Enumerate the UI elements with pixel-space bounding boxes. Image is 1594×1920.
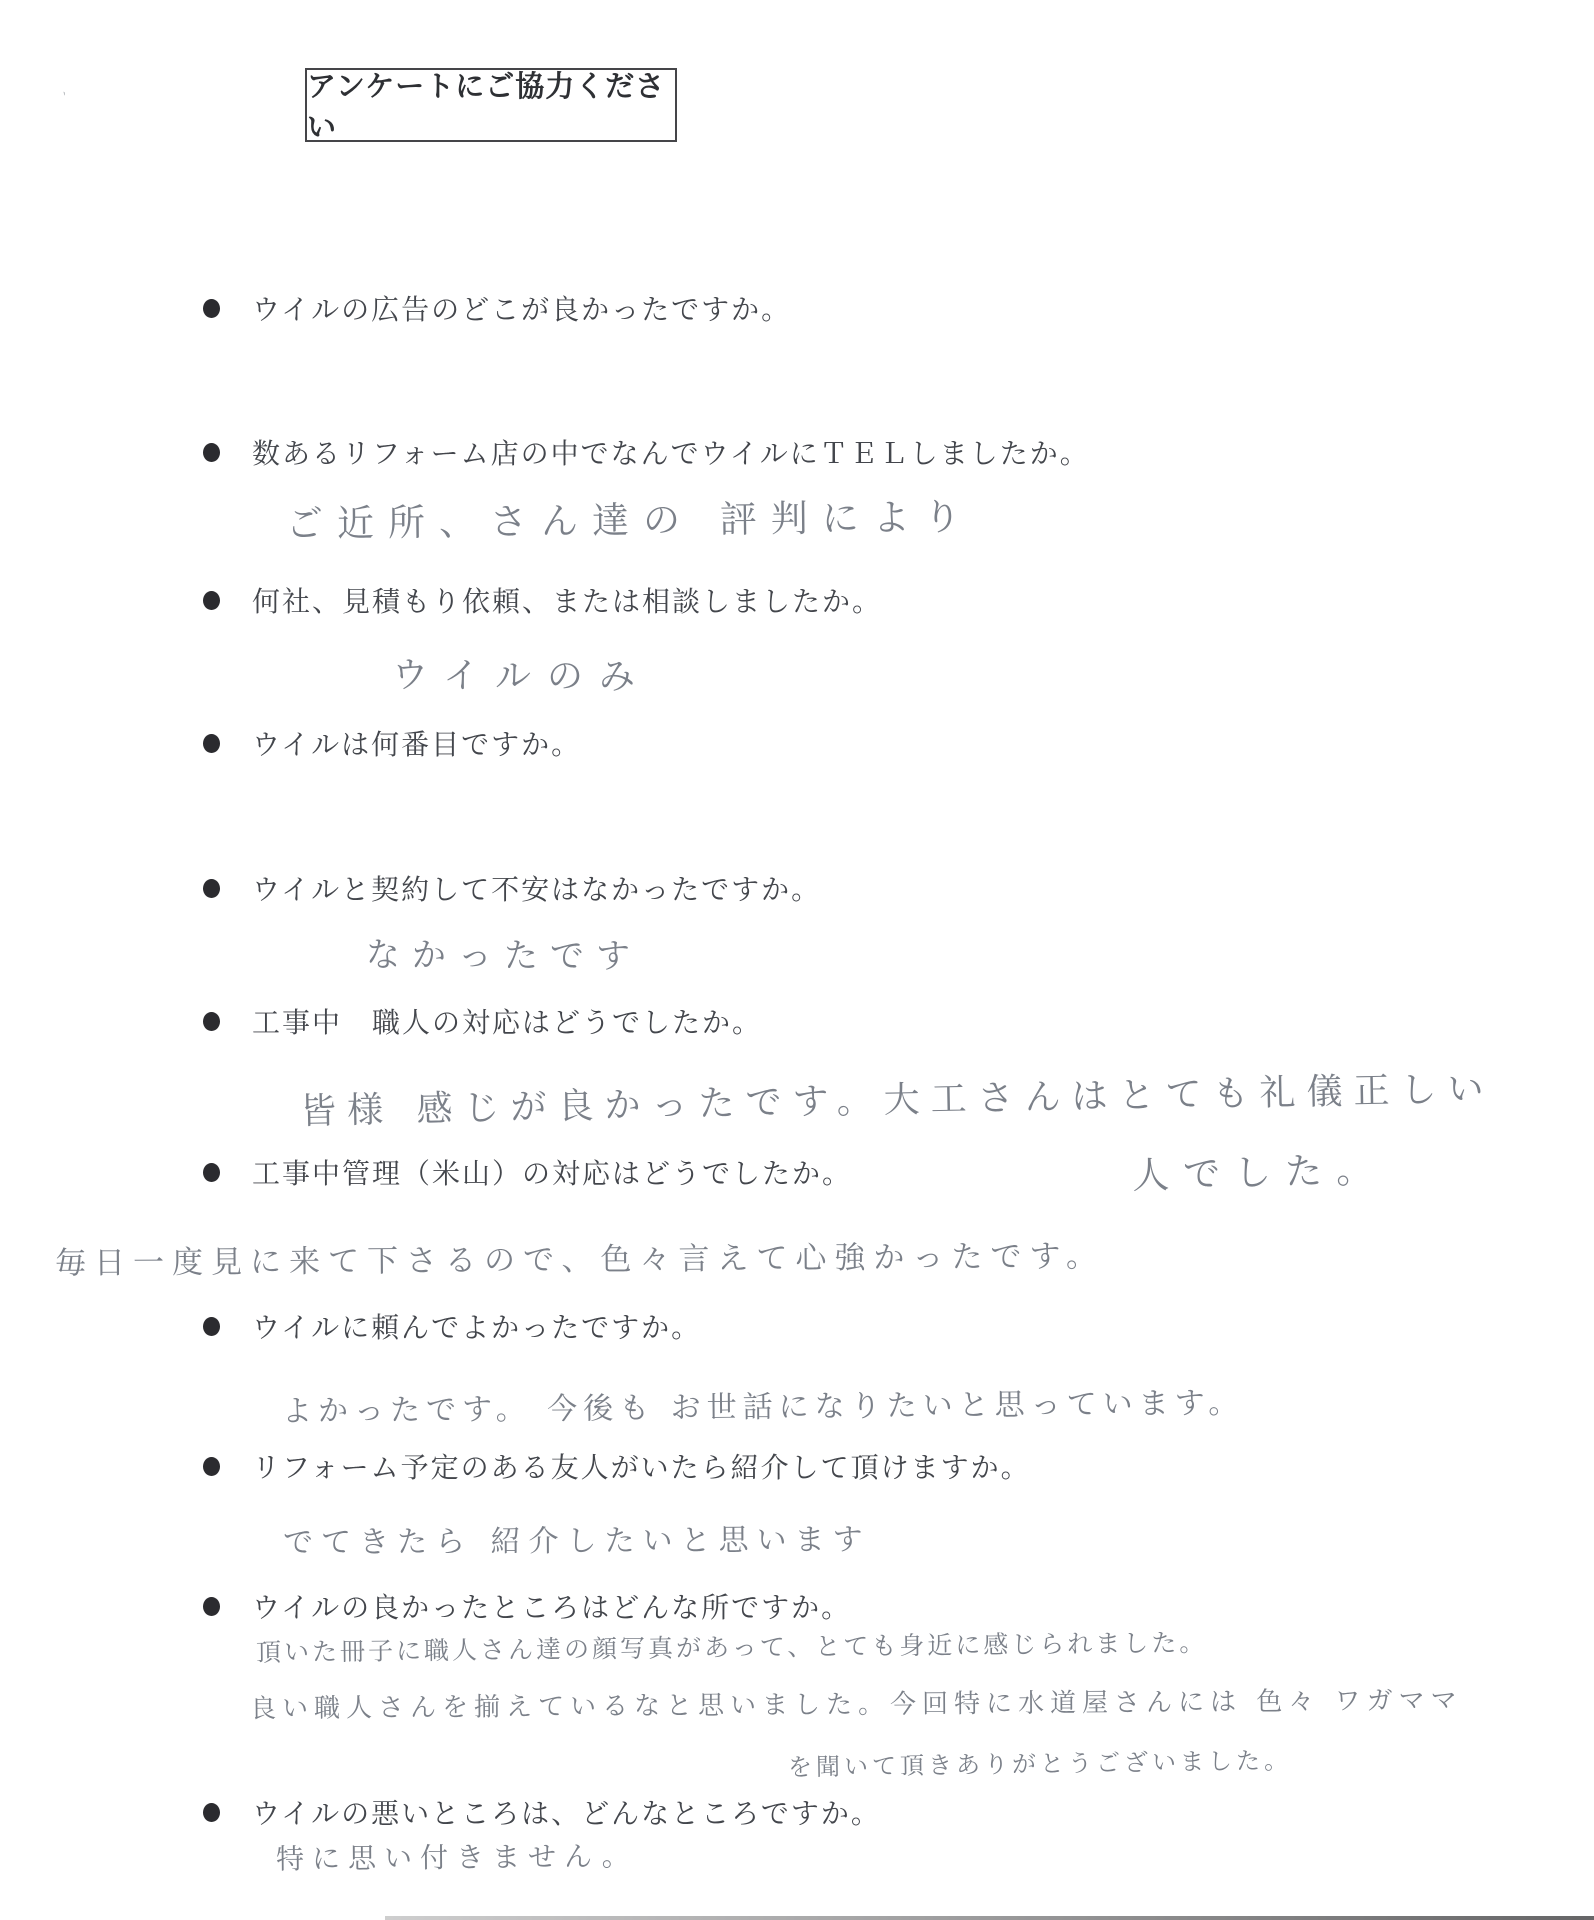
question-contract-anxiety: ウイルと契約して不安はなかったですか。 — [203, 868, 821, 908]
question-good-points: ウイルの良かったところはどんな所ですか。 — [203, 1586, 851, 1626]
question-craftsmen-response: 工事中 職人の対応はどうでしたか。 — [203, 1001, 762, 1041]
survey-title-box: アンケートにご協力ください — [305, 68, 677, 142]
question-text: ウイルと契約して不安はなかったですか。 — [252, 868, 821, 908]
bullet-icon — [203, 1597, 220, 1616]
handwritten-answer-why-tel: ご近所、さん達の 評判により — [286, 486, 975, 547]
scanned-survey-page: ` アンケートにご協力ください ウイルの広告のどこが良かったですか。 数あるリフ… — [0, 0, 1594, 1920]
handwritten-answer-craftsmen-line2: 人でした。 — [1131, 1139, 1387, 1200]
handwritten-answer-craftsmen-line1: 皆様 感じが良かったです。大工さんはとても礼儀正しい — [300, 1061, 1495, 1135]
handwritten-answer-good-line1: 頂いた冊子に職人さん達の顔写真があって、とても身近に感じられました。 — [256, 1623, 1208, 1669]
handwritten-answer-glad: よかったです。 今後も お世話になりたいと思っています。 — [282, 1378, 1245, 1430]
handwritten-answer-bad: 特に思い付きません。 — [276, 1834, 638, 1877]
bullet-icon — [203, 879, 220, 898]
handwritten-answer-good-line3: を聞いて頂きありがとうございました。 — [788, 1740, 1292, 1782]
bullet-icon — [203, 443, 220, 462]
question-site-manager-response: 工事中管理（米山）の対応はどうでしたか。 — [203, 1152, 852, 1192]
bullet-icon — [203, 1012, 220, 1031]
handwritten-answer-manager: 毎日一度見に来て下さるので、色々言えて心強かったです。 — [55, 1230, 1105, 1282]
bullet-icon — [203, 1163, 220, 1182]
bullet-icon — [203, 734, 220, 753]
bullet-icon — [203, 1803, 220, 1822]
bullet-icon — [203, 591, 220, 610]
question-glad-chose-will: ウイルに頼んでよかったですか。 — [203, 1306, 701, 1346]
question-text: リフォーム予定のある友人がいたら紹介して頂けますか。 — [252, 1446, 1031, 1486]
question-ad-good-points: ウイルの広告のどこが良かったですか。 — [203, 288, 791, 328]
question-text: 何社、見積もり依頼、または相談しましたか。 — [252, 580, 882, 620]
handwritten-answer-good-line2: 良い職人さんを揃えているなと思いました。今回特に水道屋さんには 色々 ワガママ — [250, 1680, 1463, 1725]
handwritten-answer-refer: でてきたら 紹介したいと思います — [283, 1514, 871, 1561]
question-text: 数あるリフォーム店の中でなんでウイルにＴＥＬしましたか。 — [252, 432, 1090, 472]
question-what-order: ウイルは何番目ですか。 — [203, 723, 581, 763]
question-text: ウイルに頼んでよかったですか。 — [252, 1306, 701, 1346]
survey-title: アンケートにご協力ください — [307, 64, 675, 146]
scan-artifact-mark: ` — [53, 90, 68, 108]
question-refer-friends: リフォーム予定のある友人がいたら紹介して頂けますか。 — [203, 1446, 1031, 1486]
question-text: 工事中 職人の対応はどうでしたか。 — [252, 1001, 762, 1041]
handwritten-answer-only-will: ウイルのみ — [392, 647, 651, 700]
bullet-icon — [203, 1317, 220, 1336]
handwritten-answer-no-anxiety: なかったです — [366, 927, 642, 977]
bullet-icon — [203, 1457, 220, 1476]
scan-edge-artifact — [385, 1916, 1594, 1920]
question-text: ウイルは何番目ですか。 — [252, 723, 581, 763]
question-text: ウイルの悪いところは、どんなところですか。 — [252, 1792, 881, 1832]
question-text: ウイルの広告のどこが良かったですか。 — [252, 288, 791, 328]
question-text: ウイルの良かったところはどんな所ですか。 — [252, 1586, 851, 1626]
question-text: 工事中管理（米山）の対応はどうでしたか。 — [252, 1152, 852, 1192]
bullet-icon — [203, 299, 220, 318]
question-why-tel: 数あるリフォーム店の中でなんでウイルにＴＥＬしましたか。 — [203, 432, 1090, 472]
question-how-many-companies: 何社、見積もり依頼、または相談しましたか。 — [203, 580, 882, 620]
question-bad-points: ウイルの悪いところは、どんなところですか。 — [203, 1792, 881, 1832]
